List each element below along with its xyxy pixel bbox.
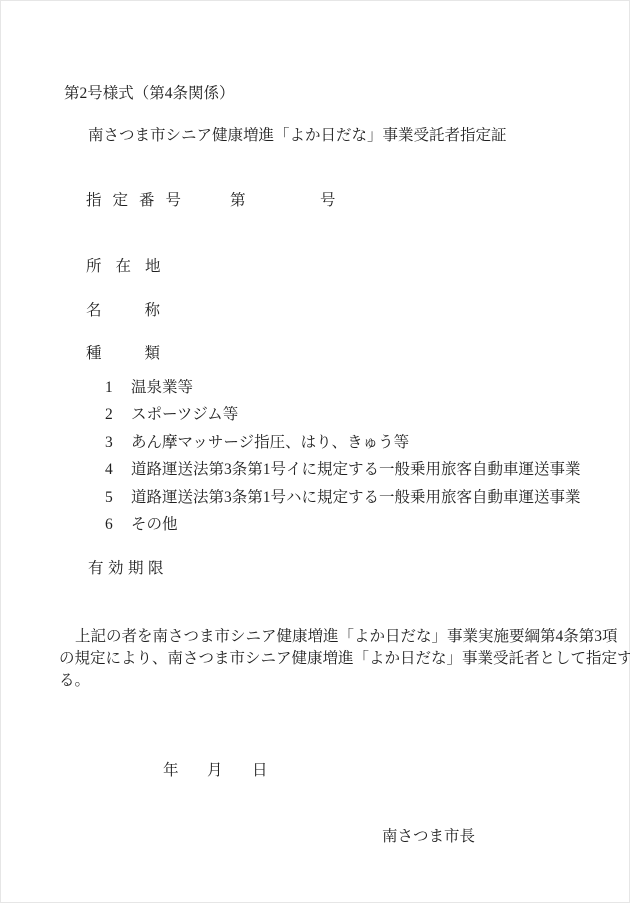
type-item-text: あん摩マッサージ指圧、はり、きゅう等	[131, 434, 409, 452]
form-number: 第2号様式（第4条関係）	[64, 85, 235, 103]
type-item-number: 6	[105, 516, 113, 534]
field-label-name: 名称	[86, 302, 203, 320]
type-item-text: 道路運送法第3条第1号ハに規定する一般乗用旅客自動車運送事業	[131, 489, 581, 507]
designation-number-prefix: 第	[230, 192, 246, 210]
type-item-number: 4	[105, 461, 113, 479]
type-item-text: その他	[131, 516, 178, 534]
body-paragraph: 上記の者を南さつま市シニア健康増進「よか日だな」事業実施要綱第4条第3項 の規定…	[59, 626, 630, 692]
signature-title: 南さつま市長	[382, 828, 475, 846]
validity-period-label: 有効期限	[88, 560, 168, 578]
designation-number-suffix: 号	[320, 192, 336, 210]
type-item-number: 1	[105, 379, 113, 397]
body-line: の規定により、南さつま市シニア健康増進「よか日だな」事業受託者として指定す	[59, 648, 630, 670]
date-day-label: 日	[252, 762, 268, 780]
field-label-type: 種類	[86, 345, 203, 363]
body-line: 上記の者を南さつま市シニア健康増進「よか日だな」事業実施要綱第4条第3項	[59, 626, 630, 648]
type-item-text: スポーツジム等	[131, 406, 238, 424]
field-label-location: 所在地	[86, 258, 175, 276]
document-page: 第2号様式（第4条関係） 南さつま市シニア健康増進「よか日だな」事業受託者指定証…	[0, 0, 630, 903]
type-item-number: 5	[105, 489, 113, 507]
document-title: 南さつま市シニア健康増進「よか日だな」事業受託者指定証	[88, 127, 507, 145]
body-line: る。	[59, 670, 630, 692]
type-item-text: 道路運送法第3条第1号イに規定する一般乗用旅客自動車運送事業	[131, 461, 581, 479]
date-year-label: 年	[163, 762, 179, 780]
designation-number-label: 指定番号	[86, 192, 192, 210]
date-month-label: 月	[207, 762, 223, 780]
type-item-number: 2	[105, 406, 113, 424]
type-item-number: 3	[105, 434, 113, 452]
type-item-text: 温泉業等	[131, 379, 193, 397]
